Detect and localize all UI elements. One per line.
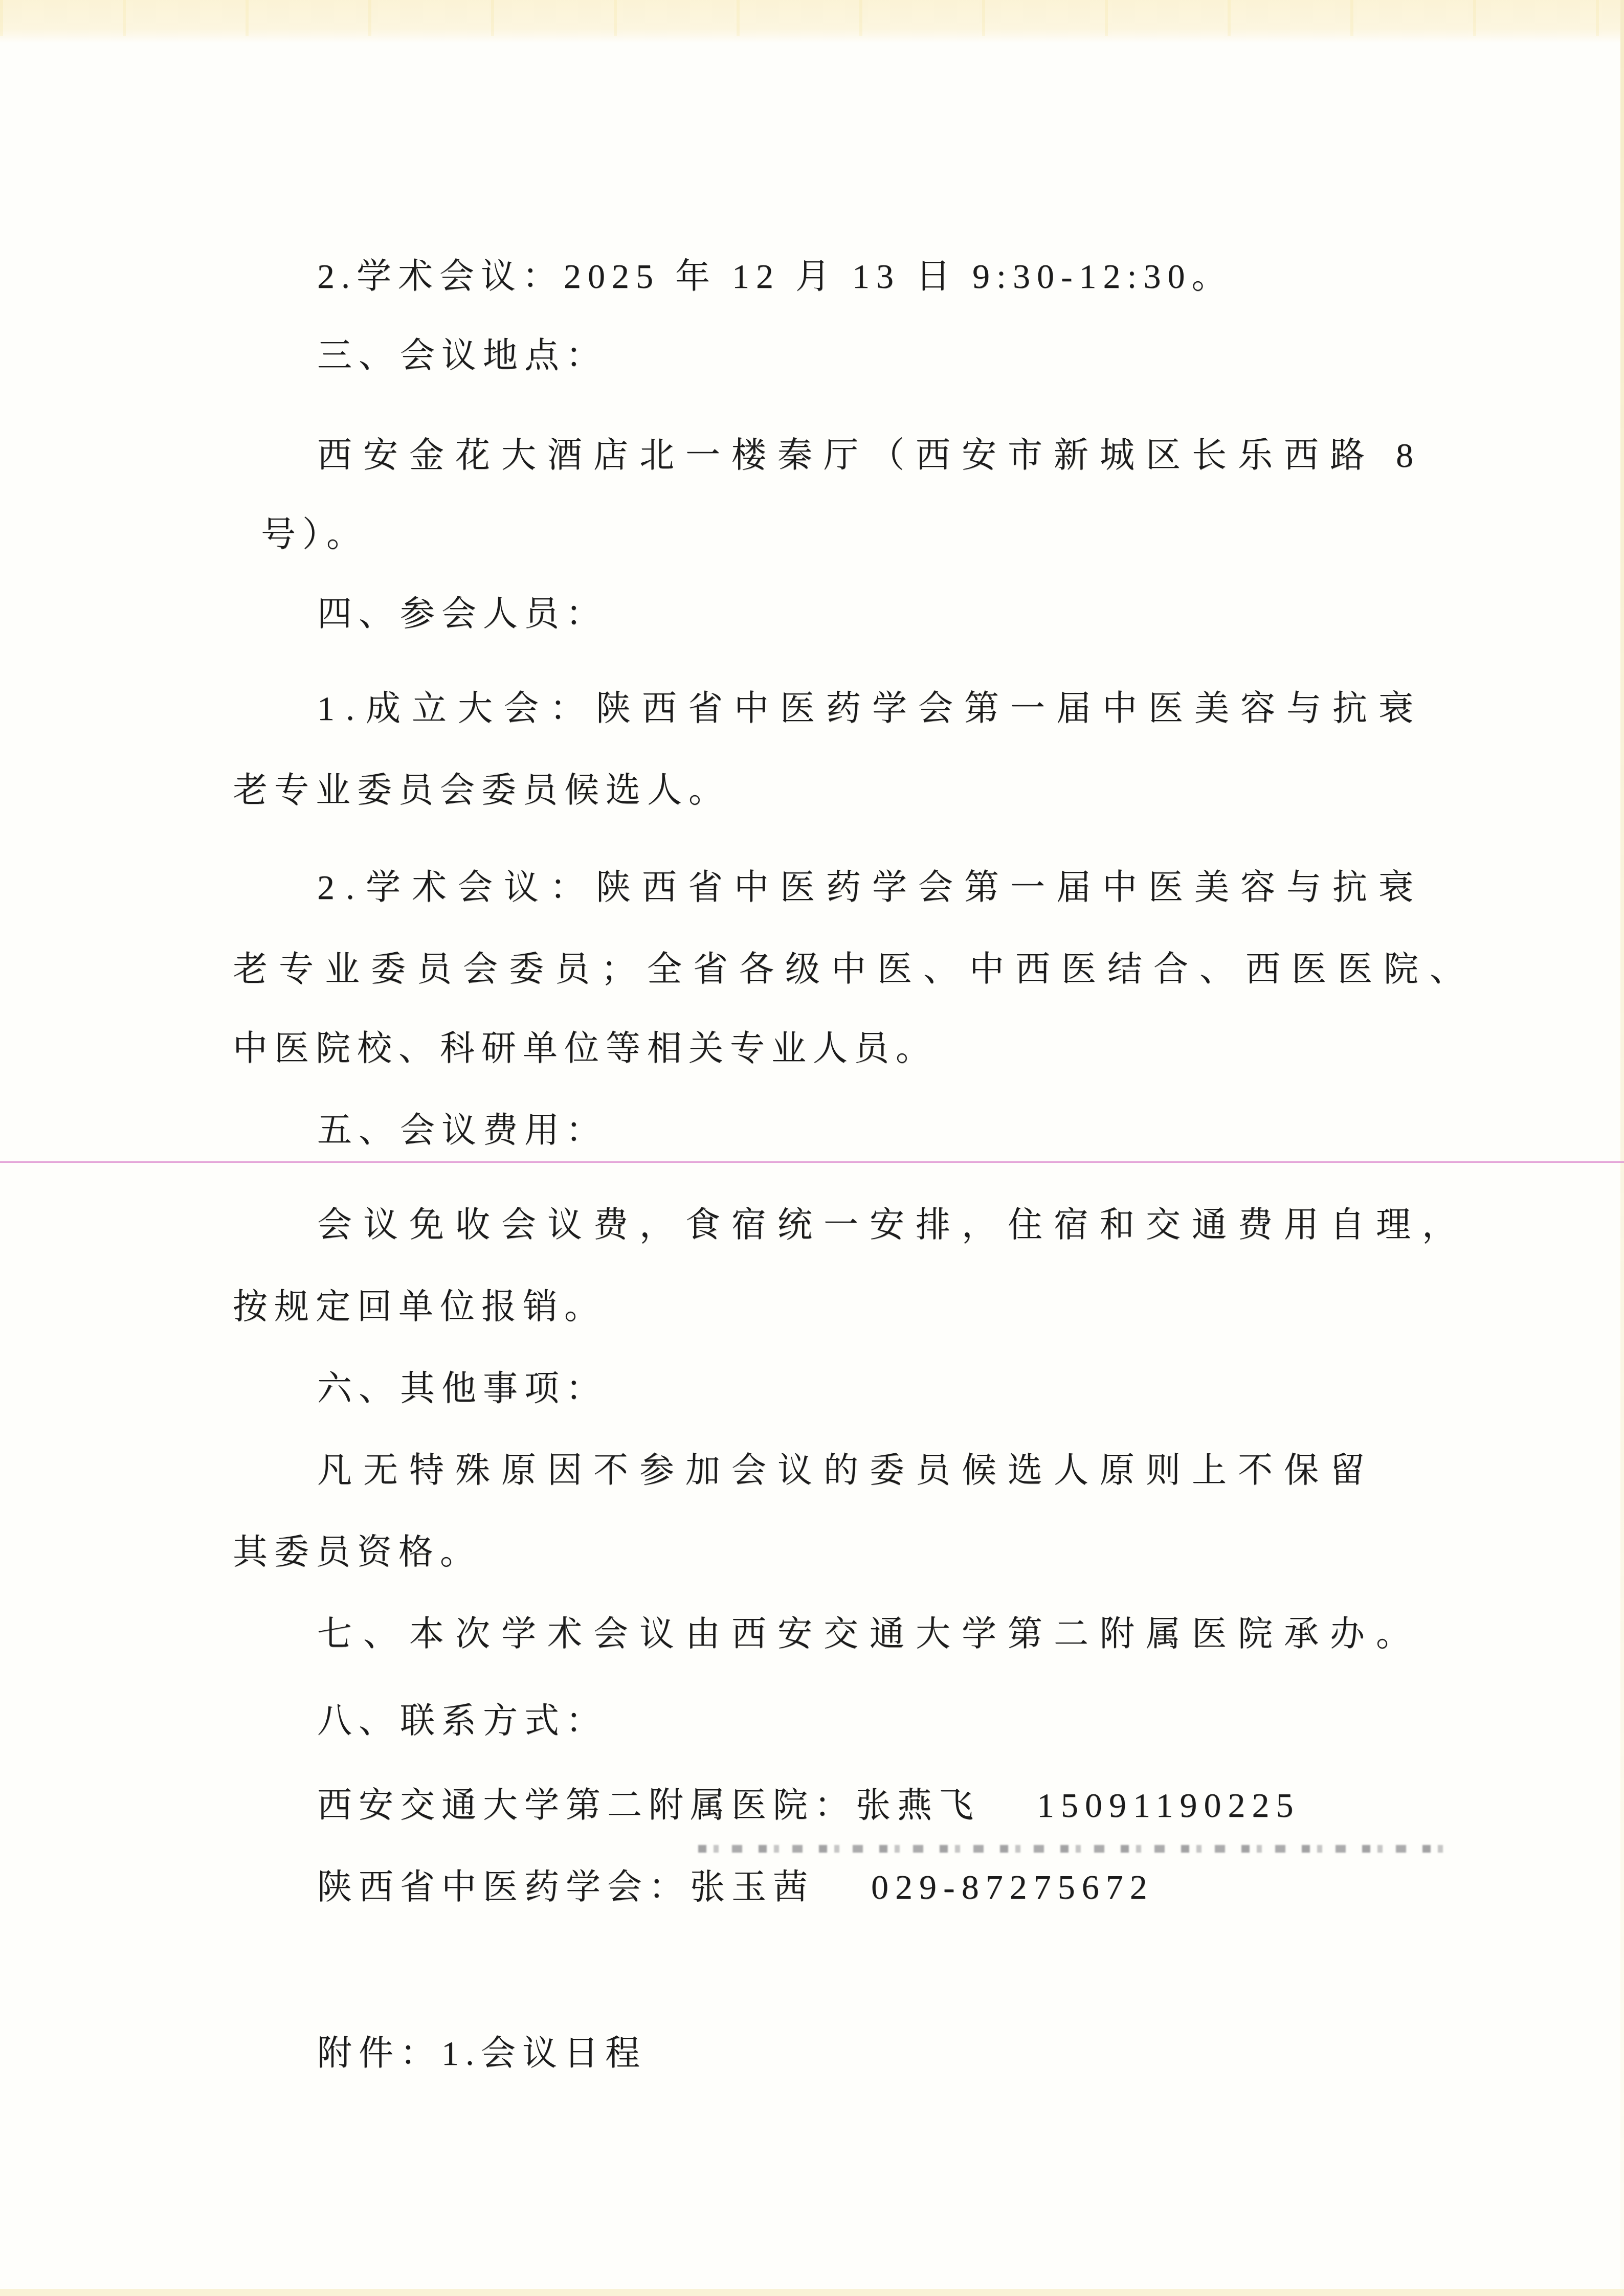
text-line-attachment: 附件：1.会议日程 [233,2028,647,2079]
text-line-heading-contacts: 八、联系方式： [233,1695,607,1746]
text-line-heading-other: 六、其他事项： [233,1363,607,1414]
text-line-attendees-1: 1.成立大会：陕西省中医药学会第一届中医美容与抗衰 [233,683,1425,734]
text-line-venue-address: 西安金花大酒店北一楼秦厅（西安市新城区长乐西路 8 [233,430,1425,481]
scan-artifact-line [0,1161,1624,1163]
text-line-fees-body: 会议免收会议费，食宿统一安排，住宿和交通费用自理， [233,1199,1468,1250]
text-line-venue-address-cont: 号）。 [233,509,368,560]
text-line-contact-hospital: 西安交通大学第二附属医院：张燕飞 15091190225 [233,1780,1300,1831]
text-line-attendees-2-cont1: 老专业委员会委员；全省各级中医、中西医结合、西医医院、 [233,943,1476,995]
text-line-contact-association: 陕西省中医药学会：张玉茜 029-87275672 [233,1861,1154,1912]
scanner-right-edge [1620,0,1624,2296]
text-line-attendees-2: 2.学术会议：陕西省中医药学会第一届中医美容与抗衰 [233,862,1425,913]
scanned-page: 2.学术会议：2025 年 12 月 13 日 9:30-12:30。 三、会议… [0,0,1624,2296]
scanner-top-edge-fade [0,36,1624,43]
text-line-heading-attendees: 四、参会人员： [233,588,607,639]
text-line-other-body: 凡无特殊原因不参加会议的委员候选人原则上不保留 [233,1445,1376,1496]
ghost-text-artifact [698,1845,1445,1853]
text-line-attendees-2-cont2: 中医院校、科研单位等相关专业人员。 [233,1023,937,1074]
scanner-top-edge [0,0,1624,36]
text-line-heading-fees: 五、会议费用： [233,1105,607,1156]
text-line-other-body-cont: 其委员资格。 [233,1526,481,1578]
text-line-heading-organizer: 七、本次学术会议由西安交通大学第二附属医院承办。 [233,1608,1422,1659]
text-line-academic-meeting-time: 2.学术会议：2025 年 12 月 13 日 9:30-12:30。 [233,251,1233,302]
text-line-attendees-1-cont: 老专业委员会委员候选人。 [233,764,730,816]
text-line-heading-venue: 三、会议地点： [233,330,607,381]
text-line-fees-body-cont: 按规定回单位报销。 [233,1281,606,1332]
scanner-bottom-edge [0,2289,1624,2296]
